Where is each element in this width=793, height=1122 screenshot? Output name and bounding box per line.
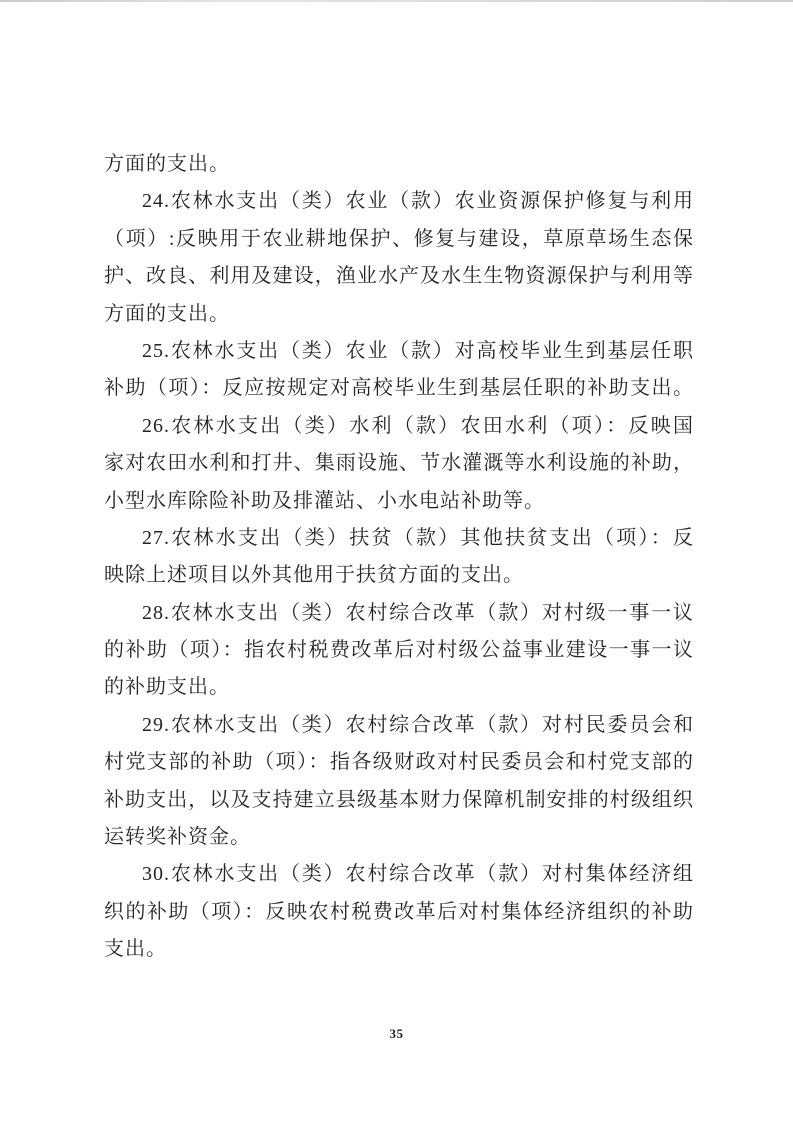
page-number: 35 — [0, 1026, 793, 1042]
text-line: 的补助支出。 — [104, 669, 694, 706]
text-line: 村党支部的补助（项）：指各级财政对村民委员会和村党支部的 — [104, 744, 694, 781]
text-line: 运转奖补资金。 — [104, 819, 694, 856]
text-line: （项）:反映用于农业耕地保护、修复与建设，草原草场生态保 — [104, 221, 694, 258]
text-line: 24.农林水支出（类）农业（款）农业资源保护修复与利用 — [104, 183, 694, 220]
text-line: 25.农林水支出（类）农业（款）对高校毕业生到基层任职 — [104, 333, 694, 370]
text-line: 方面的支出。 — [104, 146, 694, 183]
body-text: 方面的支出。 24.农林水支出（类）农业（款）农业资源保护修复与利用 （项）:反… — [104, 146, 694, 969]
text-line: 补助（项）：反应按规定对高校毕业生到基层任职的补助支出。 — [104, 370, 694, 407]
text-line: 护、改良、利用及建设，渔业水产及水生生物资源保护与利用等 — [104, 258, 694, 295]
text-line: 26.农林水支出（类）水利（款）农田水利（项）：反映国 — [104, 408, 694, 445]
text-line: 方面的支出。 — [104, 296, 694, 333]
text-line: 织的补助（项）：反映农村税费改革后对村集体经济组织的补助 — [104, 894, 694, 931]
text-line: 支出。 — [104, 931, 694, 968]
text-line: 补助支出，以及支持建立县级基本财力保障机制安排的村级组织 — [104, 782, 694, 819]
text-line: 映除上述项目以外其他用于扶贫方面的支出。 — [104, 557, 694, 594]
text-line: 28.农林水支出（类）农村综合改革（款）对村级一事一议 — [104, 595, 694, 632]
text-line: 的补助（项）：指农村税费改革后对村级公益事业建设一事一议 — [104, 632, 694, 669]
text-line: 29.农林水支出（类）农村综合改革（款）对村民委员会和 — [104, 707, 694, 744]
scanned-document-page: { "colors": { "paper": "#ffffff", "ink":… — [0, 0, 793, 1122]
text-line: 家对农田水利和打井、集雨设施、节水灌溉等水利设施的补助， — [104, 445, 694, 482]
scan-edge-artifact — [0, 0, 793, 2]
text-line: 27.农林水支出（类）扶贫（款）其他扶贫支出（项）：反 — [104, 520, 694, 557]
text-line: 30.农林水支出（类）农村综合改革（款）对村集体经济组 — [104, 856, 694, 893]
text-line: 小型水库除险补助及排灌站、小水电站补助等。 — [104, 483, 694, 520]
